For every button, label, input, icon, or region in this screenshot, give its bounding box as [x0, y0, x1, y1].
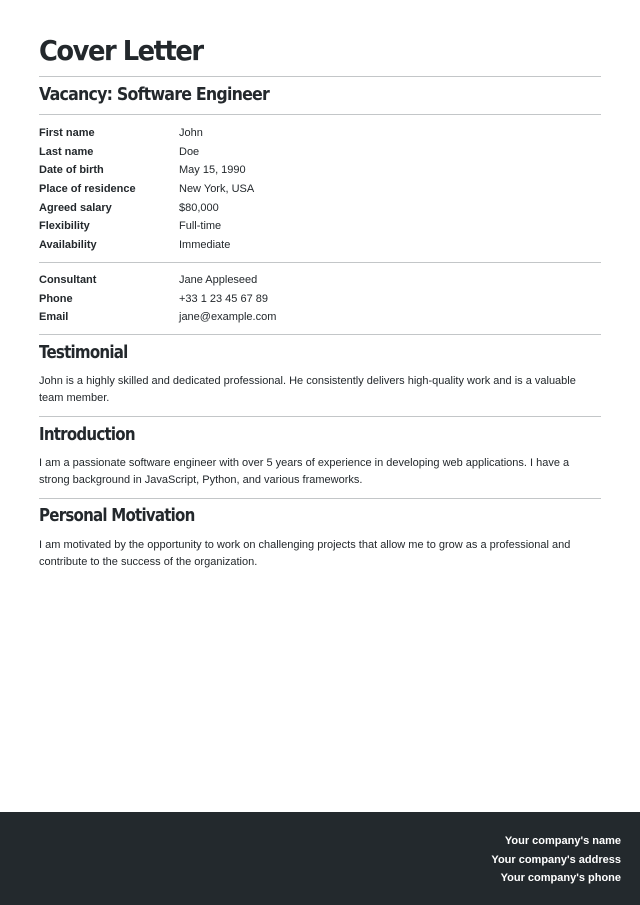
detail-label: Email — [39, 311, 179, 323]
section-text-motivation: I am motivated by the opportunity to wor… — [39, 537, 601, 571]
detail-label: Consultant — [39, 274, 179, 286]
divider — [39, 498, 601, 499]
section-title-introduction: Introduction — [39, 425, 135, 445]
detail-label: Date of birth — [39, 164, 179, 176]
detail-row-consultant: Consultant Jane Appleseed — [39, 271, 601, 290]
detail-label: First name — [39, 127, 179, 139]
detail-row-date-of-birth: Date of birth May 15, 1990 — [39, 161, 601, 180]
detail-row-first-name: First name John — [39, 124, 601, 143]
detail-value: Full-time — [179, 220, 221, 232]
company-footer: Your company's name Your company's addre… — [0, 812, 640, 905]
detail-label: Phone — [39, 293, 179, 305]
divider — [39, 114, 601, 115]
section-text-introduction: I am a passionate software engineer with… — [39, 455, 601, 489]
section-title-testimonial: Testimonial — [39, 343, 127, 363]
detail-value: jane@example.com — [179, 311, 276, 323]
detail-value: $80,000 — [179, 202, 219, 214]
detail-value: May 15, 1990 — [179, 164, 246, 176]
detail-label: Availability — [39, 239, 179, 251]
detail-value: +33 1 23 45 67 89 — [179, 293, 268, 305]
detail-value: Doe — [179, 146, 199, 158]
detail-row-email: Email jane@example.com — [39, 308, 601, 327]
detail-row-phone: Phone +33 1 23 45 67 89 — [39, 290, 601, 309]
divider — [39, 76, 601, 77]
detail-label: Place of residence — [39, 183, 179, 195]
detail-row-flexibility: Flexibility Full-time — [39, 217, 601, 236]
detail-label: Flexibility — [39, 220, 179, 232]
detail-value: Immediate — [179, 239, 230, 251]
detail-value: John — [179, 127, 203, 139]
consultant-details-table: Consultant Jane Appleseed Phone +33 1 23… — [39, 271, 601, 327]
section-text-testimonial: John is a highly skilled and dedicated p… — [39, 373, 601, 407]
detail-row-last-name: Last name Doe — [39, 143, 601, 162]
detail-row-residence: Place of residence New York, USA — [39, 180, 601, 199]
detail-row-availability: Availability Immediate — [39, 236, 601, 255]
company-address: Your company's address — [491, 851, 621, 870]
detail-label: Agreed salary — [39, 202, 179, 214]
detail-value: Jane Appleseed — [179, 274, 257, 286]
company-name: Your company's name — [491, 832, 621, 851]
personal-details-table: First name John Last name Doe Date of bi… — [39, 124, 601, 254]
detail-row-salary: Agreed salary $80,000 — [39, 198, 601, 217]
section-title-motivation: Personal Motivation — [39, 506, 195, 526]
company-phone: Your company's phone — [491, 869, 621, 888]
divider — [39, 416, 601, 417]
detail-value: New York, USA — [179, 183, 254, 195]
vacancy-heading: Vacancy: Software Engineer — [39, 84, 269, 105]
page-title: Cover Letter — [39, 34, 203, 67]
detail-label: Last name — [39, 146, 179, 158]
divider — [39, 334, 601, 335]
divider — [39, 262, 601, 263]
